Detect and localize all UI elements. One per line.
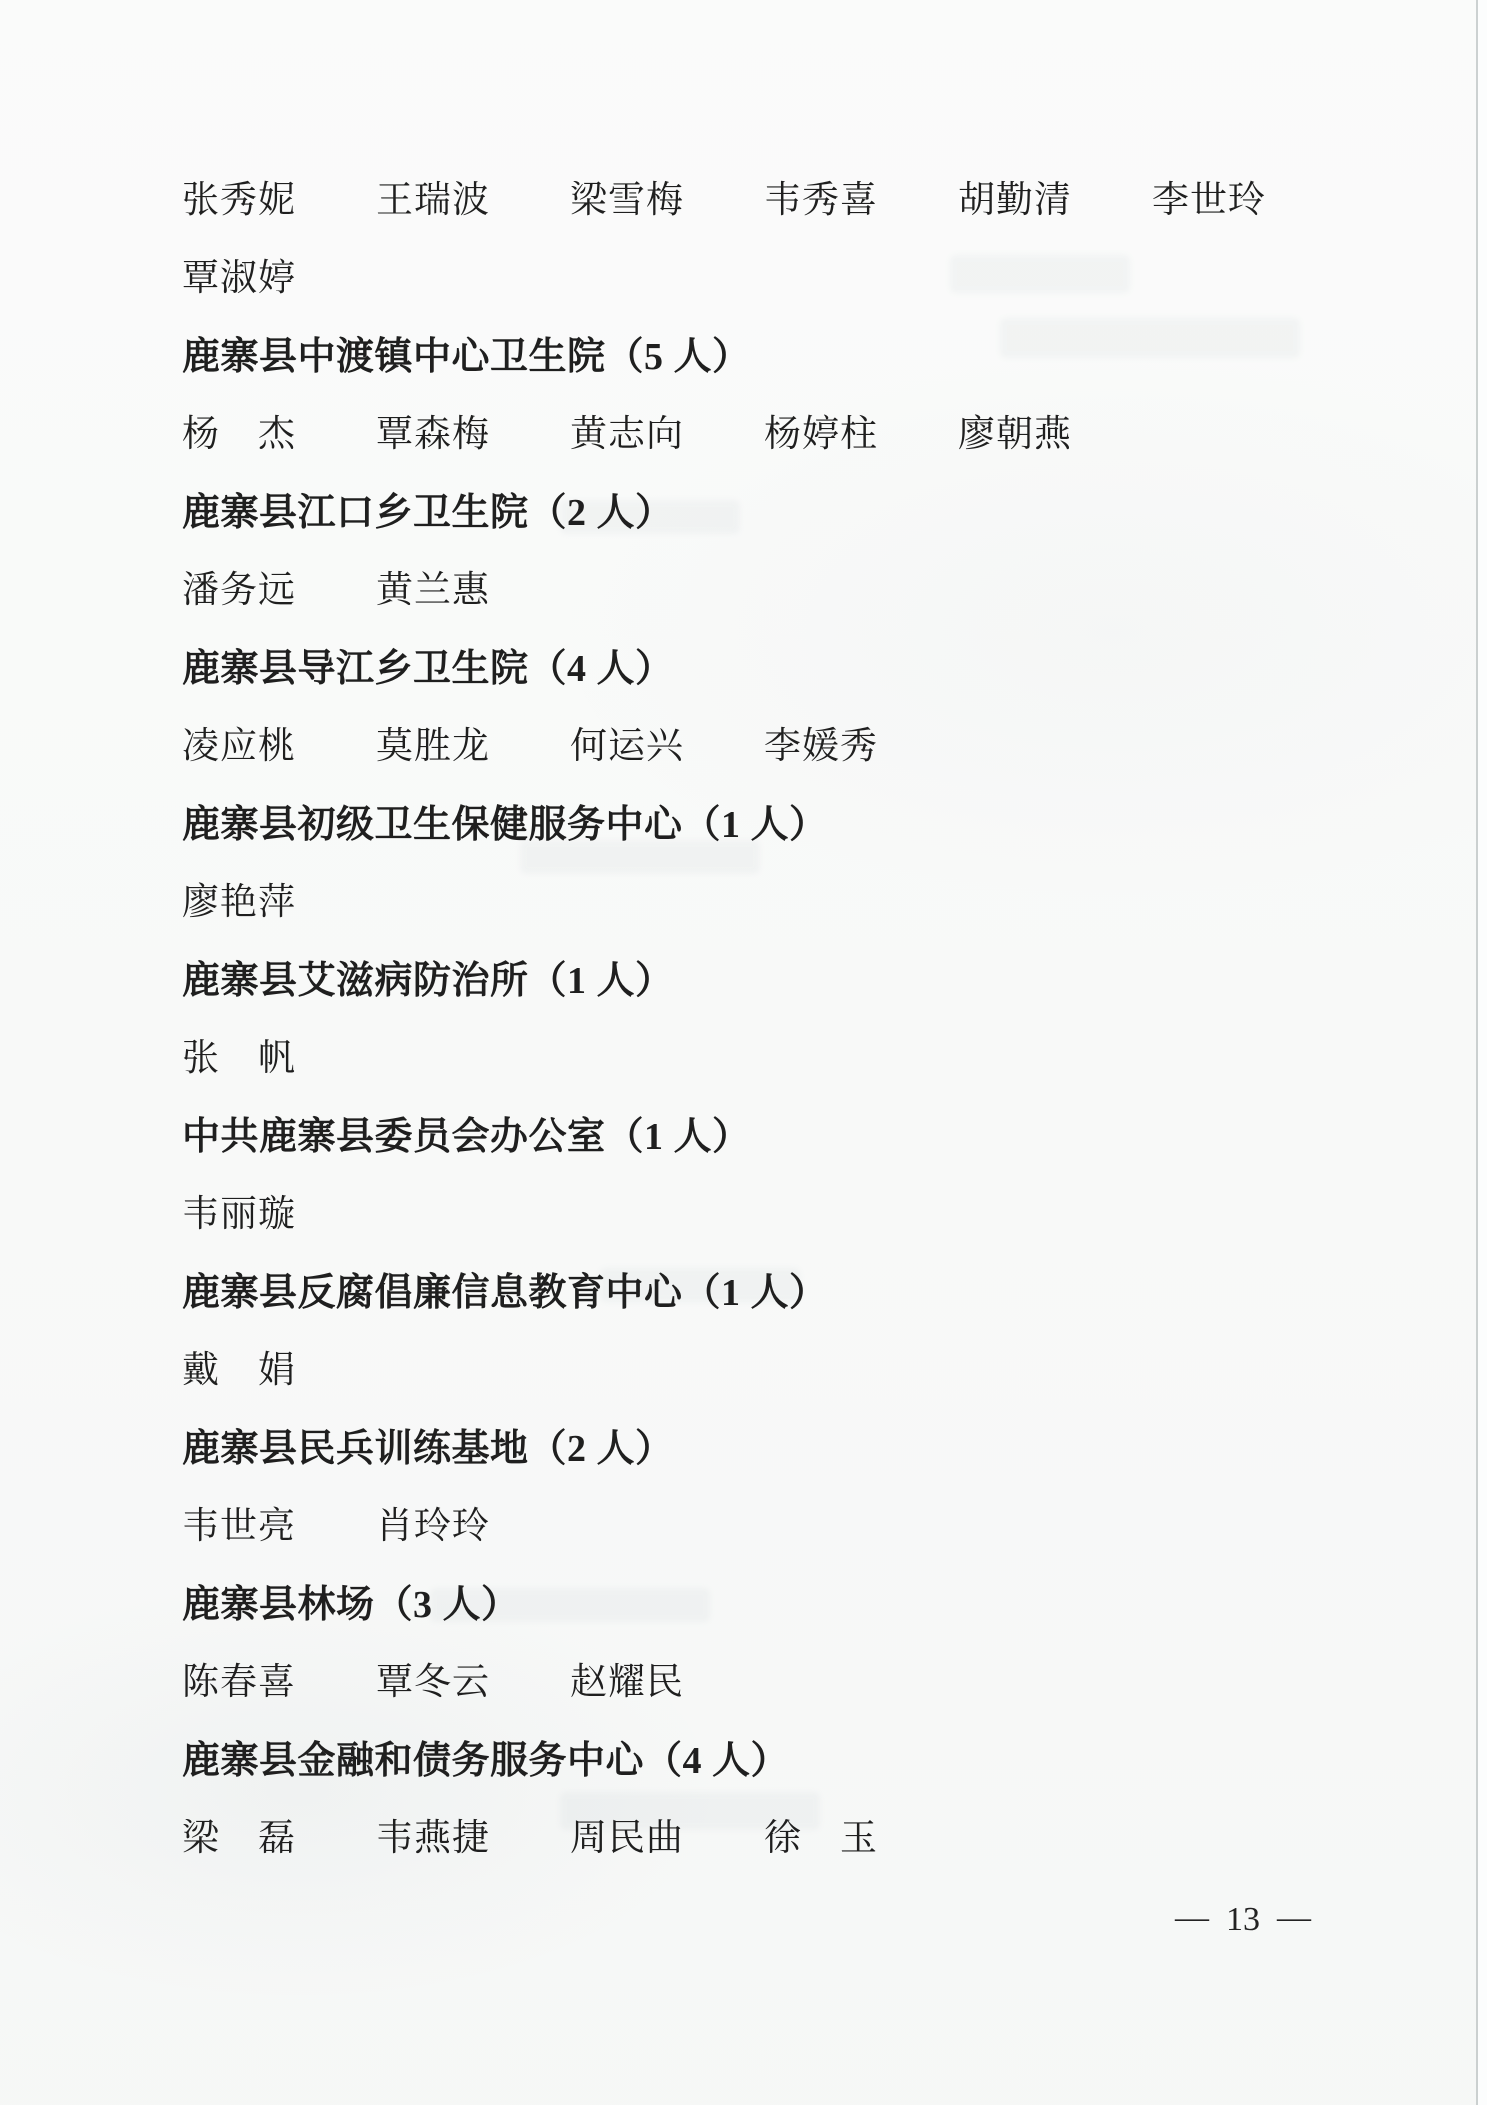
unit-header: 鹿寨县金融和债务服务中心（4 人） [182,1717,1382,1795]
unit-header: 鹿寨县民兵训练基地（2 人） [182,1405,1382,1483]
person-name: 莫胜龙 [376,715,490,769]
unit-name-row: 廖艳萍 [182,859,1382,937]
person-name: 肖玲玲 [376,1495,490,1549]
person-name: 张 帆 [182,1027,296,1081]
unit-header: 中共鹿寨县委员会办公室（1 人） [182,1093,1382,1171]
unit-header: 鹿寨县艾滋病防治所（1 人） [182,937,1382,1015]
unit-name-row: 韦丽璇 [182,1171,1382,1249]
person-name: 覃冬云 [376,1651,490,1705]
person-name: 徐 玉 [764,1807,878,1861]
scan-paper-edge [1478,0,1487,2105]
person-name: 韦丽璇 [182,1183,296,1237]
unit-name-row: 陈春喜覃冬云赵耀民 [182,1639,1382,1717]
person-name: 周民曲 [570,1807,684,1861]
scan-edge-line [1476,0,1478,2105]
unit-name-row: 张 帆 [182,1015,1382,1093]
person-name: 凌应桃 [182,715,296,769]
person-name: 戴 娟 [182,1339,296,1393]
person-name: 韦燕捷 [376,1807,490,1861]
page-number-value: 13 [1226,1901,1260,1939]
unit-header: 鹿寨县初级卫生保健服务中心（1 人） [182,781,1382,859]
unit-name-row: 杨 杰覃森梅黄志向杨婷柱廖朝燕 [182,391,1382,469]
person-name: 韦世亮 [182,1495,296,1549]
person-name: 韦秀喜 [764,169,878,223]
person-name: 黄兰惠 [376,559,490,613]
unit-name-row: 韦世亮肖玲玲 [182,1483,1382,1561]
page-number-dash-right: — [1277,1899,1311,1937]
page-number-dash-left: — [1175,1899,1209,1937]
person-name: 梁雪梅 [570,169,684,223]
unit-header: 鹿寨县中渡镇中心卫生院（5 人） [182,313,1382,391]
unit-name-row: 凌应桃莫胜龙何运兴李媛秀 [182,703,1382,781]
person-name: 杨 杰 [182,403,296,457]
person-name: 李媛秀 [764,715,878,769]
unit-header: 鹿寨县江口乡卫生院（2 人） [182,469,1382,547]
unit-name-row: 戴 娟 [182,1327,1382,1405]
person-name: 李世玲 [1152,169,1266,223]
person-name: 廖艳萍 [182,871,296,925]
unit-name-row: 梁 磊韦燕捷周民曲徐 玉 [182,1795,1382,1873]
person-name: 陈春喜 [182,1651,296,1705]
person-name: 杨婷柱 [764,403,878,457]
continuation-name-row: 张秀妮王瑞波梁雪梅韦秀喜胡勤清李世玲 [182,157,1382,235]
person-name: 覃淑婷 [182,247,296,301]
scanned-document-page: 张秀妮王瑞波梁雪梅韦秀喜胡勤清李世玲覃淑婷鹿寨县中渡镇中心卫生院（5 人）杨 杰… [0,0,1487,2105]
unit-header: 鹿寨县反腐倡廉信息教育中心（1 人） [182,1249,1382,1327]
unit-name-row: 潘务远黄兰惠 [182,547,1382,625]
person-name: 胡勤清 [958,169,1072,223]
person-name: 潘务远 [182,559,296,613]
page-number: — 13 — [1175,1901,1311,1939]
document-content: 张秀妮王瑞波梁雪梅韦秀喜胡勤清李世玲覃淑婷鹿寨县中渡镇中心卫生院（5 人）杨 杰… [182,157,1382,1873]
person-name: 张秀妮 [182,169,296,223]
person-name: 黄志向 [570,403,684,457]
person-name: 梁 磊 [182,1807,296,1861]
person-name: 王瑞波 [376,169,490,223]
person-name: 廖朝燕 [958,403,1072,457]
continuation-name-row: 覃淑婷 [182,235,1382,313]
unit-header: 鹿寨县林场（3 人） [182,1561,1382,1639]
unit-header: 鹿寨县导江乡卫生院（4 人） [182,625,1382,703]
person-name: 覃森梅 [376,403,490,457]
person-name: 赵耀民 [570,1651,684,1705]
person-name: 何运兴 [570,715,684,769]
